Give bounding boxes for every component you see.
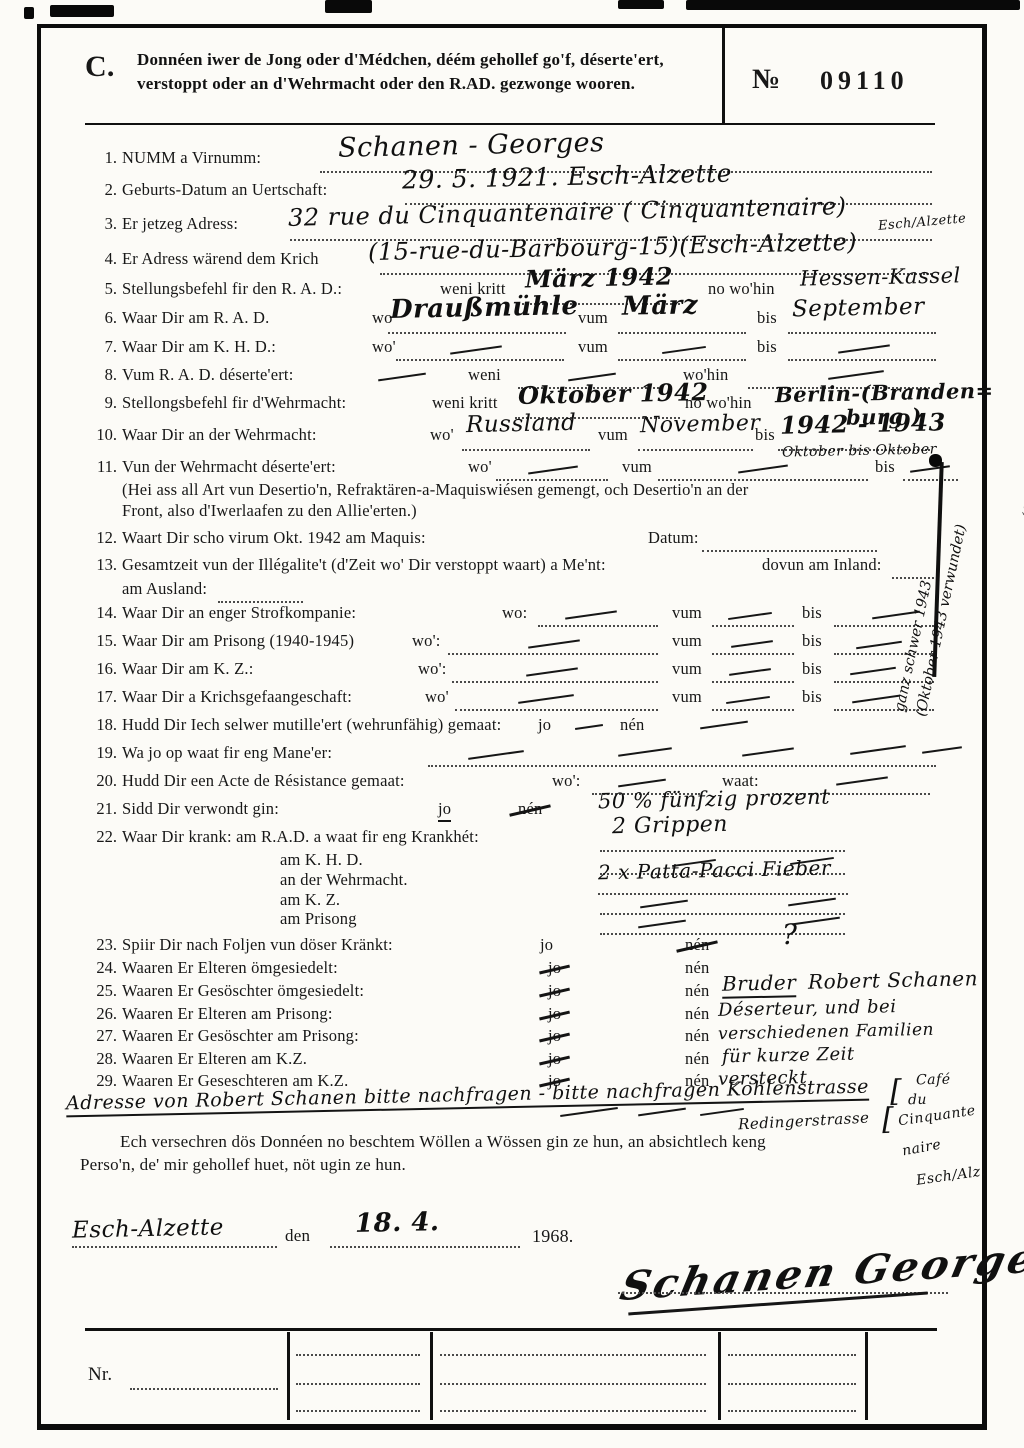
item-10-vum-label: vum <box>598 425 628 445</box>
item-9-number: 9. <box>85 393 117 413</box>
dotted-line <box>728 1383 856 1385</box>
scan-artifact <box>50 5 114 17</box>
item-10-wo-entry: Russland <box>466 410 577 438</box>
item-1-entry: Schanen - Georges <box>338 127 605 164</box>
item-8-label: Vum R. A. D. déserte'ert: <box>122 365 294 385</box>
item-24-jo-option: jo <box>548 958 561 978</box>
item-1-number: 1. <box>85 148 117 168</box>
item-17-bis-label: bis <box>802 687 822 707</box>
date-place-entry: Esch-Alzette <box>72 1214 224 1243</box>
section-letter: C. <box>85 50 115 84</box>
form-description: Donnéen iwer de Jong oder d'Médchen, déé… <box>137 48 705 96</box>
item-4-number: 4. <box>85 249 117 269</box>
item-16-vum-label: vum <box>672 659 702 679</box>
item-20-label: Hudd Dir een Acte de Résistance gemaat: <box>122 771 405 791</box>
table-nr-label: Nr. <box>88 1364 112 1386</box>
item-1-label: NUMM a Virnumm: <box>122 148 261 168</box>
item-16-number: 16. <box>85 659 117 679</box>
dotted-line <box>428 765 936 767</box>
item-17-number: 17. <box>85 687 117 707</box>
dotted-line <box>600 913 845 915</box>
dotted-line <box>396 359 564 361</box>
item-27-number: 27. <box>85 1026 117 1046</box>
address-bracket-icon: [ <box>882 1102 895 1137</box>
item-10-bis-label: bis <box>755 425 775 445</box>
dotted-line <box>618 359 746 361</box>
dotted-line <box>130 1388 278 1390</box>
item-13-inland-label: dovun am Inland: <box>762 555 882 575</box>
item-4-label: Er Adress wärend dem Krich <box>122 249 319 269</box>
dotted-line <box>702 550 877 552</box>
item-10-margin-note: Oktober bis Oktober <box>782 441 937 460</box>
item-2-label: Geburts-Datum an Uertschaft: <box>122 180 327 200</box>
item-13-label: Gesamtzeit vun der Illégalite't (d'Zeit … <box>122 555 606 575</box>
item-6-vum-label: vum <box>578 308 608 328</box>
dotted-line <box>712 653 794 655</box>
item-24-number: 24. <box>85 958 117 978</box>
item-5-label: Stellungsbefehl fir den R. A. D.: <box>122 279 342 299</box>
dotted-line <box>600 850 845 852</box>
item-28-nen-option: nén <box>685 1049 709 1069</box>
dotted-line <box>455 709 658 711</box>
item-7-number: 7. <box>85 337 117 357</box>
item-23-nen-option: nén <box>685 935 709 955</box>
dotted-line <box>788 359 936 361</box>
item-23-number: 23. <box>85 935 117 955</box>
item-21-label: Sidd Dir verwondt gin: <box>122 799 279 819</box>
form-number-value: 09110 <box>820 66 909 96</box>
item-12-number: 12. <box>85 528 117 548</box>
item-8-weni-label: weni <box>468 365 501 385</box>
item-11-note-line1: (Hei ass all Art vun Desertio'n, Refrakt… <box>122 480 748 500</box>
item-14-bis-label: bis <box>802 603 822 623</box>
item-9-label: Stellongsbefehl fir d'Wehrmacht: <box>122 393 346 413</box>
item-8-number: 8. <box>85 365 117 385</box>
item-16-bis-label: bis <box>802 659 822 679</box>
dotted-line <box>440 1383 706 1385</box>
dotted-line <box>440 1354 706 1356</box>
item-17-vum-label: vum <box>672 687 702 707</box>
item-27-jo-option: jo <box>548 1026 561 1046</box>
item-10-wo-label: wo' <box>430 425 454 445</box>
item-16-label: Waar Dir am K. Z.: <box>122 659 253 679</box>
dotted-line <box>448 653 658 655</box>
item-10-number: 10. <box>85 425 117 445</box>
address-note-du: du <box>908 1092 927 1108</box>
dotted-line <box>712 709 794 711</box>
item-25-number: 25. <box>85 981 117 1001</box>
dotted-line <box>712 681 794 683</box>
item-9-when-label: weni kritt <box>432 393 498 413</box>
item-7-wo-label: wo' <box>372 337 396 357</box>
scan-artifact <box>618 0 664 9</box>
item-27-nen-option: nén <box>685 1026 709 1046</box>
scan-artifact <box>24 7 34 19</box>
table-divider <box>865 1332 868 1420</box>
item-18-nen-option: nén <box>620 715 644 735</box>
dotted-line <box>330 1246 520 1248</box>
item-25-label: Waaren Er Gesöschter ömgesiedelt: <box>122 981 364 1001</box>
date-year-label: 1968. <box>532 1226 574 1247</box>
item-6-number: 6. <box>85 308 117 328</box>
item-26-jo-option: jo <box>548 1004 561 1024</box>
dotted-line <box>712 625 794 627</box>
item-5-where-label: no wo'hin <box>708 279 775 299</box>
item-21-number: 21. <box>85 799 117 819</box>
item-15-vum-label: vum <box>672 631 702 651</box>
address-note-cafe: Café <box>916 1072 951 1089</box>
item-14-number: 14. <box>85 603 117 623</box>
dotted-line <box>618 332 746 334</box>
item-20-wo-label: wo': <box>552 771 581 791</box>
item-26-nen-option: nén <box>685 1004 709 1024</box>
table-divider <box>718 1332 721 1420</box>
dotted-line <box>296 1354 420 1356</box>
item-7-label: Waar Dir am K. H. D.: <box>122 337 276 357</box>
item-11-label: Vun der Wehrmacht déserte'ert: <box>122 457 336 477</box>
item-16-wo-label: wo': <box>418 659 447 679</box>
item-7-vum-label: vum <box>578 337 608 357</box>
item-22-wehrmacht-label: an der Wehrmacht. <box>280 870 408 890</box>
form-number-label: № <box>752 64 780 96</box>
item-28-entry: für kurze Zeit <box>722 1044 855 1068</box>
item-18-jo-option: jo <box>538 715 551 735</box>
item-6-label: Waar Dir am R. A. D. <box>122 308 269 328</box>
item-7-bis-label: bis <box>757 337 777 357</box>
item-29-number: 29. <box>85 1071 117 1091</box>
item-10-bis-entry: 1942 - 1943 <box>780 407 946 439</box>
item-14-wo-label: wo: <box>502 603 527 623</box>
item-14-label: Waar Dir an enger Strofkompanie: <box>122 603 356 623</box>
dotted-line <box>440 1410 706 1412</box>
dotted-line <box>452 681 658 683</box>
dotted-line <box>388 332 566 334</box>
dotted-line <box>598 893 848 895</box>
item-20-number: 20. <box>85 771 117 791</box>
scanned-form-page: C. Donnéen iwer de Jong oder d'Médchen, … <box>0 0 1024 1448</box>
item-28-number: 28. <box>85 1049 117 1069</box>
dotted-line <box>72 1246 277 1248</box>
item-6-bis-entry: September <box>792 294 925 323</box>
item-26-entry: Déserteur, und bei <box>718 996 897 1021</box>
item-23-entry: ? <box>782 918 798 951</box>
dotted-line <box>296 1383 420 1385</box>
item-22-number: 22. <box>85 827 117 847</box>
item-18-label: Hudd Dir Iech selwer mutille'ert (wehrun… <box>122 715 501 735</box>
dotted-line <box>728 1354 856 1356</box>
item-22-kz-label: am K. Z. <box>280 890 340 910</box>
item-17-wo-label: wo' <box>425 687 449 707</box>
scan-artifact <box>686 0 1020 10</box>
item-11-number: 11. <box>85 457 117 477</box>
dotted-line <box>462 449 590 451</box>
item-25-nen-option: nén <box>685 981 709 1001</box>
header-divider <box>722 28 725 125</box>
item-22-wehrmacht-entry: 2 x Patta-Pacci Fieber <box>598 856 831 885</box>
item-11-vum-label: vum <box>622 457 652 477</box>
item-19-label: Wa jo op waat fir eng Mane'er: <box>122 743 332 763</box>
item-28-jo-option: jo <box>548 1049 561 1069</box>
item-21-jo-option: jo <box>438 799 451 822</box>
declaration-line1: Ech versechren dös Donnéen no beschtem W… <box>120 1132 766 1152</box>
item-22-label: Waar Dir krank: am R.A.D. a waat fir eng… <box>122 827 479 847</box>
item-28-label: Waaren Er Elteren am K.Z. <box>122 1049 307 1069</box>
item-15-bis-label: bis <box>802 631 822 651</box>
scan-artifact <box>325 0 372 13</box>
margin-note-edge: (Oktob <box>1018 439 1024 521</box>
item-10-label: Waar Dir an der Wehrmacht: <box>122 425 317 445</box>
dotted-line <box>600 933 845 935</box>
item-26-label: Waaren Er Elteren am Prisong: <box>122 1004 333 1024</box>
item-18-number: 18. <box>85 715 117 735</box>
item-2-number: 2. <box>85 180 117 200</box>
item-9-where-entry: Berlin-(Branden= <box>775 378 994 408</box>
table-top-rule <box>85 1328 937 1331</box>
item-15-wo-label: wo': <box>412 631 441 651</box>
item-12-label: Waart Dir scho virum Okt. 1942 am Maquis… <box>122 528 426 548</box>
item-21-entry: 50 % fünfzig prozent <box>598 785 831 814</box>
item-23-label: Spiir Dir nach Foljen vun döser Kränkt: <box>122 935 393 955</box>
item-24-label: Waaren Er Elteren ömgesiedelt: <box>122 958 338 978</box>
item-24-nen-option: nén <box>685 958 709 978</box>
item-11-bis-label: bis <box>875 457 895 477</box>
item-19-number: 19. <box>85 743 117 763</box>
item-6-vum-entry: März <box>622 290 699 322</box>
dotted-line <box>296 1410 420 1412</box>
item-21-nen-option: nén <box>518 799 542 819</box>
item-3-number: 3. <box>85 214 117 234</box>
margin-ink-blob <box>929 454 942 467</box>
item-22-khd-label: am K. H. D. <box>280 850 363 870</box>
item-22-rad-entry: 2 Grippen <box>612 812 728 839</box>
header-underline <box>85 123 935 125</box>
item-15-label: Waar Dir am Prisong (1940-1945) <box>122 631 354 651</box>
declaration-line2: Perso'n, de' mir gehollef huet, nöt ugin… <box>80 1155 406 1175</box>
item-15-number: 15. <box>85 631 117 651</box>
item-13-number: 13. <box>85 555 117 575</box>
item-11-wo-label: wo' <box>468 457 492 477</box>
date-entry: 18. 4. <box>355 1207 440 1239</box>
item-5-number: 5. <box>85 279 117 299</box>
item-14-vum-label: vum <box>672 603 702 623</box>
item-11-note-line2: Front, also d'Iwerlaafen zu den Allie'er… <box>122 501 417 521</box>
item-6-bis-label: bis <box>757 308 777 328</box>
dotted-line <box>638 449 753 451</box>
item-9-when-entry: Oktober 1942 <box>518 377 709 410</box>
item-10-vum-entry: November <box>640 411 761 439</box>
item-25-entry-name: Robert Schanen <box>808 966 978 994</box>
dotted-line <box>538 625 658 627</box>
item-9-where-label: no wo'hin <box>685 393 752 413</box>
item-3-label: Er jetzeg Adress: <box>122 214 238 234</box>
item-12-datum-label: Datum: <box>648 528 699 548</box>
item-5-when-entry: März 1942 <box>525 261 674 293</box>
table-divider <box>430 1332 433 1420</box>
item-5-where-entry: Hessen-Kassel <box>800 263 961 290</box>
item-27-label: Waaren Er Gesöschter am Prisong: <box>122 1026 359 1046</box>
date-den-label: den <box>285 1226 310 1246</box>
item-22-prisong-label: am Prisong <box>280 909 357 929</box>
item-17-label: Waar Dir a Krichsgefaangeschaft: <box>122 687 352 707</box>
item-6-wo-entry: Draußmühle <box>390 291 579 325</box>
item-25-jo-option: jo <box>548 981 561 1001</box>
table-divider <box>287 1332 290 1420</box>
dotted-line <box>728 1410 856 1412</box>
item-23-jo-option: jo <box>540 935 553 955</box>
item-13-ausland-label: am Ausland: <box>122 579 207 599</box>
item-25-entry-bruder: Bruder <box>722 970 797 999</box>
dotted-line <box>788 332 936 334</box>
item-26-number: 26. <box>85 1004 117 1024</box>
